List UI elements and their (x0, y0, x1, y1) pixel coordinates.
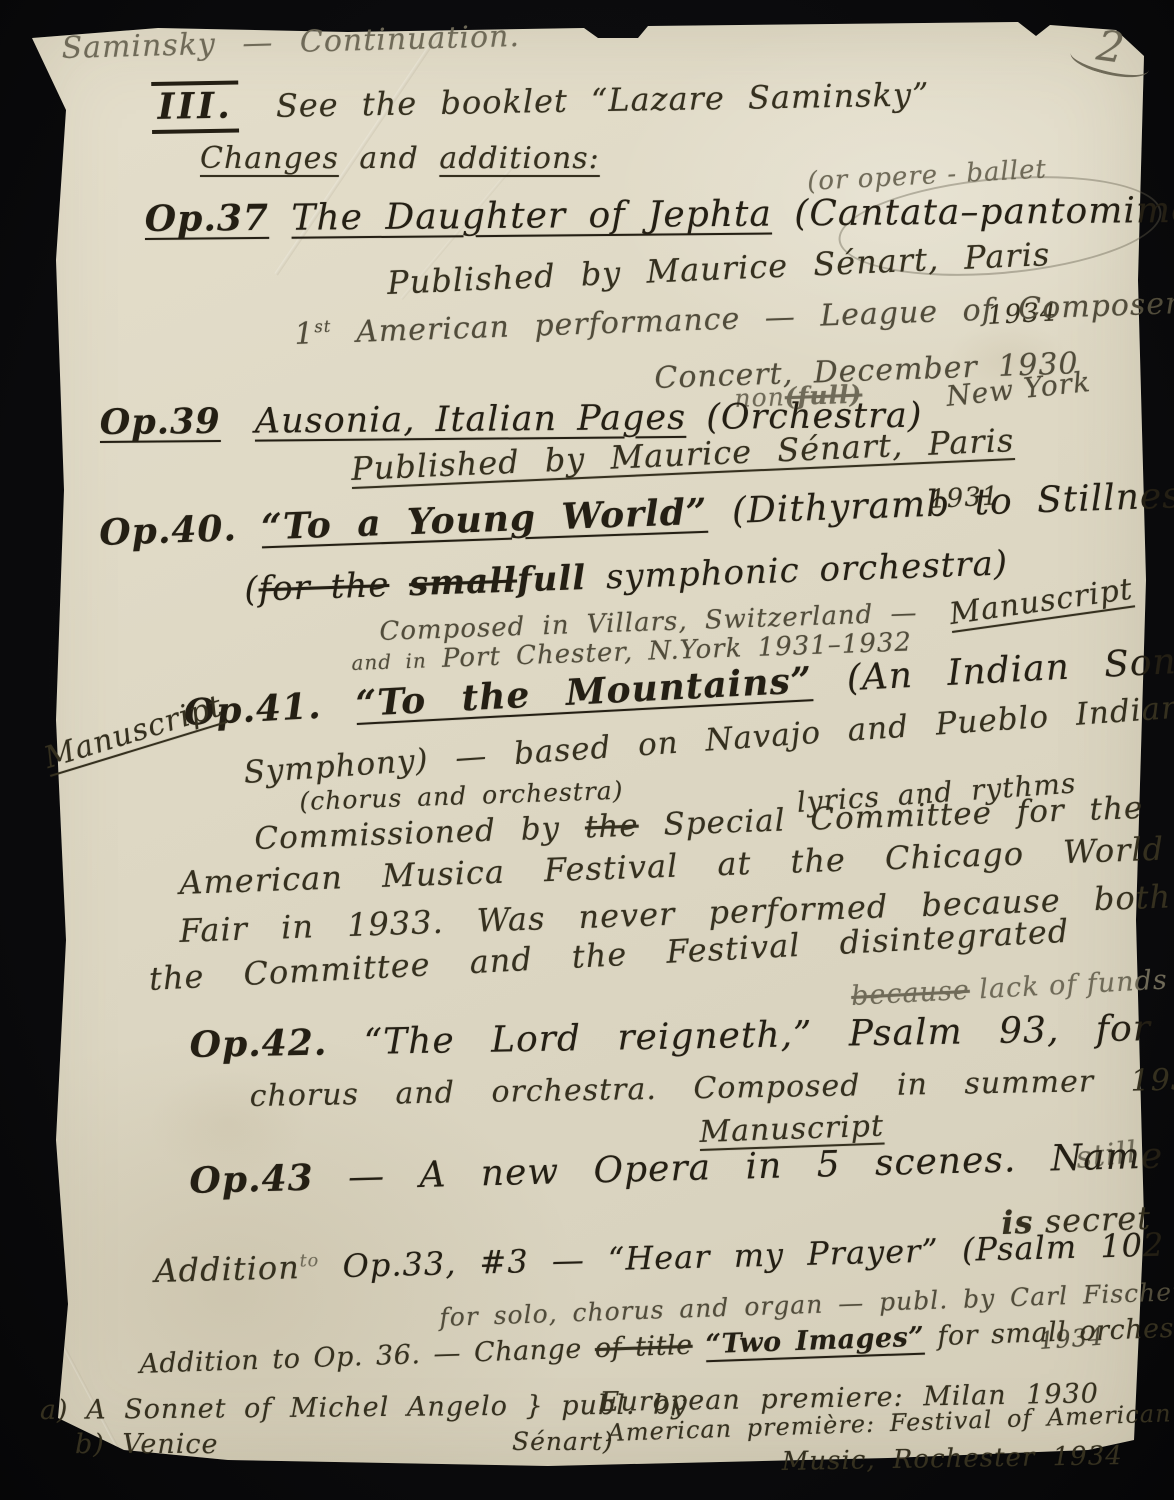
op43-number: Op.43 (189, 1157, 314, 1202)
op37-premiere-ordinal: st (314, 317, 332, 337)
subheading-changes: Changes (200, 141, 339, 176)
addition36-item-a3-text: Sénart) (512, 1427, 614, 1456)
subheading-and: and (359, 141, 418, 176)
addition36-premiere-us2: Music, Rochester 1934 (782, 1442, 1124, 1477)
addition36-item-a: a) A Sonnet of Michel Angelo } publ. by (40, 1390, 688, 1425)
op40-number: Op.40. (99, 507, 238, 554)
op37-number: Op.37 (145, 197, 270, 240)
op37-title-line: Op.37 The Daughter of Jephta (Cantata–pa… (145, 191, 1174, 240)
addition36-item-b: b) Venice (75, 1430, 219, 1460)
op40-composed2-small: and in (351, 648, 427, 675)
op37-title: The Daughter of Jephta (291, 194, 772, 239)
subheading-additions: additions: (439, 141, 599, 176)
op39-title: Ausonia, Italian Pages (255, 398, 687, 442)
scanned-manuscript-page: Saminsky — Continuation. 2 III. See the … (0, 0, 1174, 1500)
addition33-label: Addition (154, 1248, 300, 1290)
section-numeral: III. (151, 80, 239, 134)
section-subheading: Changes and additions: (200, 142, 600, 175)
op40-scoring-struck2: small (408, 561, 517, 605)
op37-premiere-num: 1 (294, 316, 315, 352)
addition36-item-a-publisher: Sénart) (512, 1428, 614, 1456)
op40-scoring-struck1: for the (258, 565, 390, 610)
addition36-struck: of title (594, 1330, 693, 1364)
addition33-insert: to (299, 1251, 319, 1272)
op41-pencil-struck: because (850, 975, 970, 1012)
op39-number: Op.39 (100, 401, 221, 443)
addition36-item-b-text: b) Venice (75, 1429, 219, 1460)
op42-number: Op.42. (189, 1022, 327, 1066)
op40-scoring-over: full (516, 558, 587, 600)
op37-subtitle: (Cantata–pantomime) (794, 190, 1174, 235)
op41-line3-struck: the (584, 808, 639, 846)
addition36-premiere-us2-text: Music, Rochester 1934 (781, 1441, 1123, 1477)
addition36-item-a-text: a) A Sonnet of Michel Angelo (40, 1391, 508, 1426)
